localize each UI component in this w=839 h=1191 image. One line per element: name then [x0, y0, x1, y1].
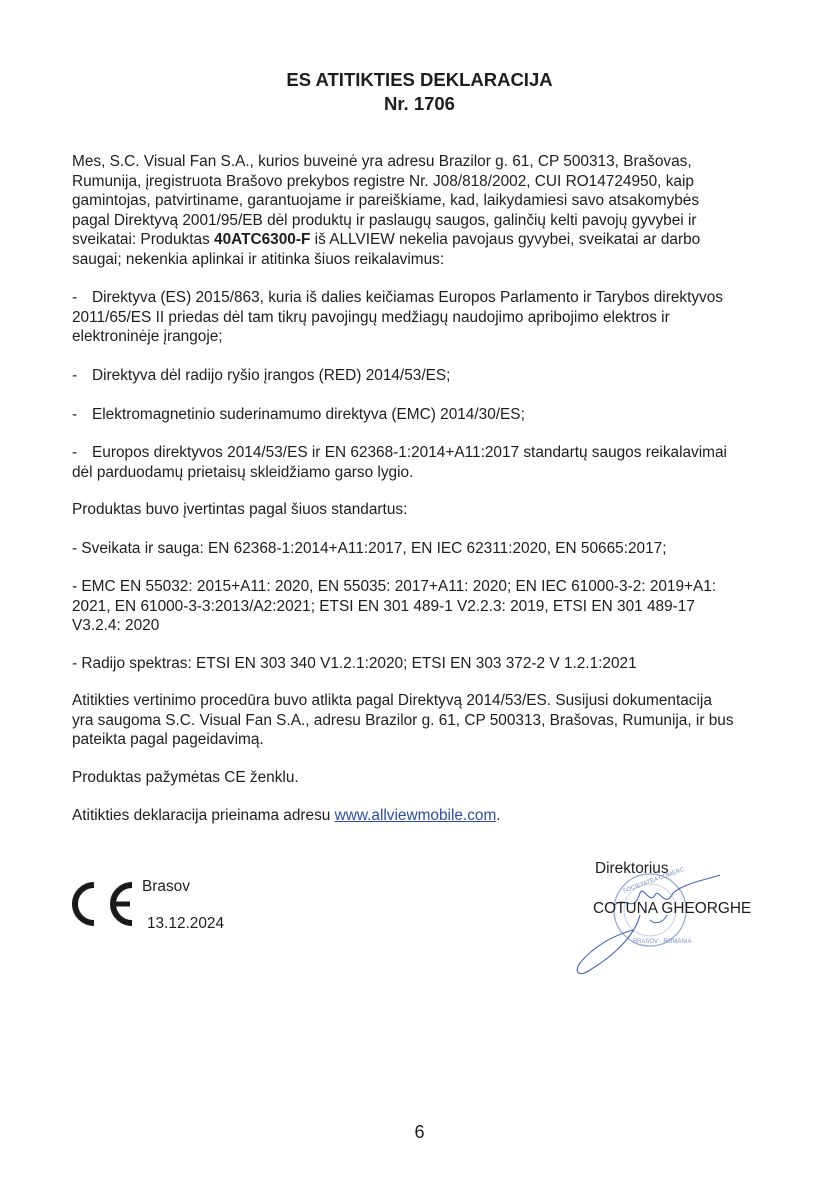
intro-line: Mes, S.C. Visual Fan S.A., kurios buvein…	[72, 152, 772, 172]
directive-text: Direktyva dėl radijo ryšio įrangos (RED)…	[92, 367, 450, 384]
directive-text: Elektromagnetinio suderinamumo direktyva…	[92, 406, 525, 423]
assessment-paragraph: Atitikties vertinimo procedūra buvo atli…	[72, 691, 772, 750]
intro-line: saugai; nekenkia aplinkai ir atitinka ši…	[72, 250, 772, 270]
product-code: 40ATC6300-F	[214, 231, 310, 248]
directive-text: 2011/65/ES II priedas dėl tam tikrų pavo…	[72, 308, 772, 328]
availability-statement: Atitikties deklaracija prieinama adresu …	[72, 806, 772, 826]
standard-text: - Radijo spektras: ETSI EN 303 340 V1.2.…	[72, 654, 772, 674]
intro-text: iš ALLVIEW nekelia pavojaus gyvybei, sve…	[310, 231, 700, 248]
bullet-dash: -	[72, 405, 92, 425]
ce-statement: Produktas pažymėtas CE ženklu.	[72, 768, 772, 788]
intro-paragraph: Mes, S.C. Visual Fan S.A., kurios buvein…	[72, 152, 772, 270]
availability-text: Atitikties deklaracija prieinama adresu	[72, 807, 335, 824]
declaration-number: Nr. 1706	[0, 92, 839, 116]
standards-intro: Produktas buvo įvertintas pagal šiuos st…	[72, 500, 772, 520]
page-number: 6	[0, 1122, 839, 1143]
signing-date: 13.12.2024	[147, 915, 224, 933]
directive-text: dėl parduodamų prietaisų skleidžiamo gar…	[72, 463, 772, 483]
assessment-line: pateikta pagal pageidavimą.	[72, 730, 772, 750]
assessment-line: yra saugoma S.C. Visual Fan S.A., adresu…	[72, 711, 772, 731]
directive-item: -Elektromagnetinio suderinamumo direktyv…	[72, 405, 772, 425]
directive-text: elektroninėje įrangoje;	[72, 327, 772, 347]
directive-text: Direktyva (ES) 2015/863, kuria iš dalies…	[92, 289, 723, 306]
svg-text:BRASOV · ROMANIA: BRASOV · ROMANIA	[633, 939, 691, 945]
bullet-dash: -	[72, 288, 92, 308]
website-link[interactable]: www.allviewmobile.com	[335, 807, 497, 824]
company-stamp-icon: SOCIETATEA COMERC BRASOV · ROMANIA	[555, 865, 755, 985]
signing-place: Brasov	[142, 878, 190, 896]
document-title: ES ATITIKTIES DEKLARACIJA	[0, 68, 839, 92]
directive-item: -Direktyva dėl radijo ryšio įrangos (RED…	[72, 366, 772, 386]
standard-item: - Sveikata ir sauga: EN 62368-1:2014+A11…	[72, 539, 772, 559]
signer-name: COTUNA GHEORGHE	[593, 900, 751, 918]
bullet-dash: -	[72, 443, 92, 463]
bullet-dash: -	[72, 366, 92, 386]
standard-text: - Sveikata ir sauga: EN 62368-1:2014+A11…	[72, 539, 772, 559]
standard-item: - Radijo spektras: ETSI EN 303 340 V1.2.…	[72, 654, 772, 674]
directive-text: Europos direktyvos 2014/53/ES ir EN 6236…	[92, 444, 727, 461]
standard-item: - EMC EN 55032: 2015+A11: 2020, EN 55035…	[72, 577, 772, 636]
standard-text: 2021, EN 61000-3-3:2013/A2:2021; ETSI EN…	[72, 597, 772, 617]
intro-line: gamintojas, patvirtiname, garantuojame i…	[72, 191, 772, 211]
signature-icon	[577, 875, 720, 974]
standard-text: V3.2.4: 2020	[72, 616, 772, 636]
ce-mark-icon	[72, 881, 140, 927]
intro-line: Rumunija, įregistruota Brašovo prekybos …	[72, 172, 772, 192]
directive-item: -Europos direktyvos 2014/53/ES ir EN 623…	[72, 443, 772, 482]
directive-item: -Direktyva (ES) 2015/863, kuria iš dalie…	[72, 288, 772, 347]
standard-text: - EMC EN 55032: 2015+A11: 2020, EN 55035…	[72, 577, 772, 597]
availability-period: .	[496, 807, 500, 824]
assessment-line: Atitikties vertinimo procedūra buvo atli…	[72, 691, 772, 711]
intro-line: sveikatai: Produktas 40ATC6300-F iš ALLV…	[72, 230, 772, 250]
intro-text: sveikatai: Produktas	[72, 231, 214, 248]
intro-line: pagal Direktyvą 2001/95/EB dėl produktų …	[72, 211, 772, 231]
